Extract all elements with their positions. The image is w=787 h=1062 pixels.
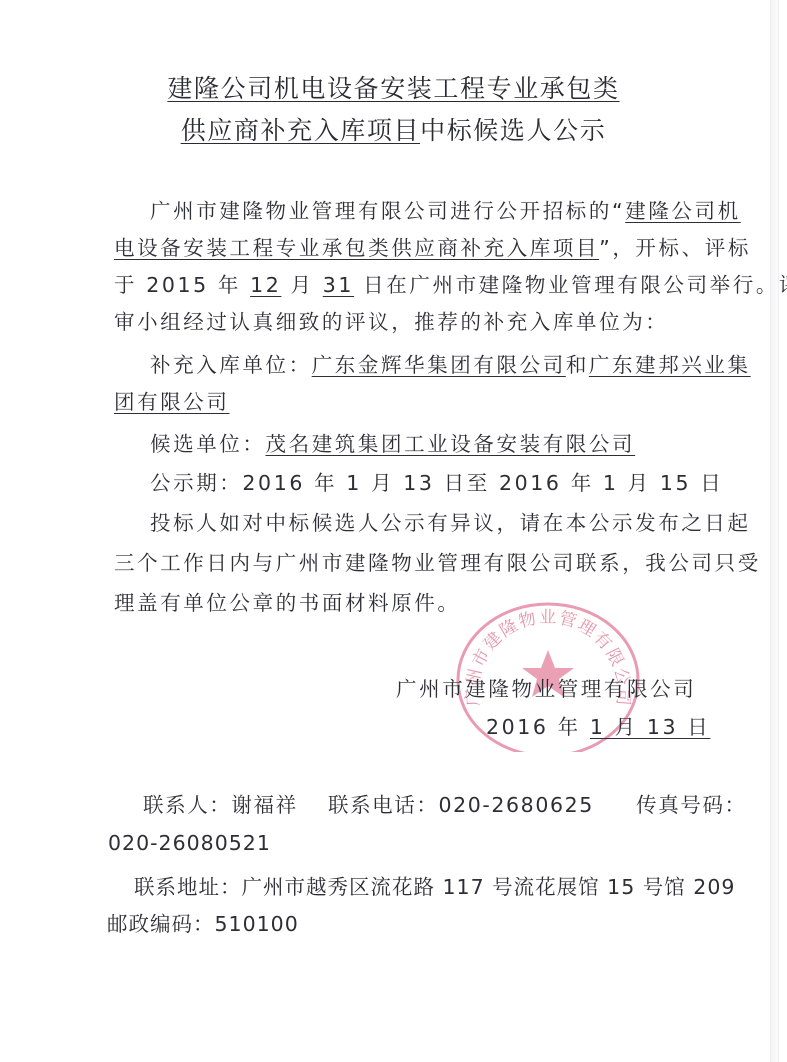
p1-text: 于 2015 年 — [114, 273, 250, 297]
title-text-1: 建隆公司机电设备安装工程专业承包类 — [167, 74, 619, 103]
contact-postcode-line: 邮政编码：510100 — [107, 911, 299, 937]
address-value: 广州市越秀区流花路 117 号流花展馆 15 号馆 209 — [242, 875, 736, 899]
objection-text: 理盖有单位公章的书面材料原件。 — [114, 591, 461, 615]
publicity-period-line: 公示期：2016 年 1 月 13 日至 2016 年 1 月 15 日 — [150, 470, 723, 496]
paragraph-1-line-1: 广州市建隆物业管理有限公司进行公开招标的“建隆公司机 — [150, 198, 741, 224]
contact-line-1: 联系人：谢福祥 联系电话：020-2680625 传真号码： — [143, 792, 747, 818]
opening-month: 12 — [250, 273, 281, 297]
candidate-line: 候选单位：茂名建筑集团工业设备安装有限公司 — [150, 431, 635, 457]
supplement-unit-2: 广东建邦兴业集 — [589, 353, 751, 377]
phone-label: 联系电话： — [328, 793, 439, 817]
fax-number: 020-26080521 — [108, 831, 271, 855]
project-name-part-1: 建隆公司机 — [625, 199, 741, 223]
candidate-label: 候选单位： — [150, 432, 266, 456]
supplement-units-line-2: 团有限公司 — [114, 389, 230, 415]
paragraph-1-line-4: 审小组经过认真细致的评议，推荐的补充入库单位为： — [114, 309, 668, 335]
joiner-text: 和 — [566, 353, 589, 377]
page-edge — [770, 0, 779, 1062]
p1-text: 广州市建隆物业管理有限公司进行公开招标的“ — [150, 199, 625, 223]
objection-text: 投标人如对中标候选人公示有异议，请在本公示发布之日起 — [150, 511, 751, 535]
postcode-value: 510100 — [215, 912, 299, 936]
signature-date-year: 2016 年 — [486, 715, 590, 739]
supplement-units-line-1: 补充入库单位：广东金辉华集团有限公司和广东建邦兴业集 — [150, 352, 751, 378]
objection-line-2: 三个工作日内与广州市建隆物业管理有限公司联系，我公司只受 — [114, 550, 761, 576]
address-label: 联系地址： — [134, 875, 242, 899]
objection-line-3: 理盖有单位公章的书面材料原件。 — [114, 590, 461, 616]
contact-address-line: 联系地址：广州市越秀区流花路 117 号流花展馆 15 号馆 209 — [134, 874, 735, 900]
paragraph-1-line-3: 于 2015 年 12 月 31 日在广州市建隆物业管理有限公司举行。评 — [114, 272, 787, 298]
title-line-2: 供应商补充入库项目中标候选人公示 — [0, 116, 787, 146]
paragraph-1-line-2: 电设备安装工程专业承包类供应商补充入库项目”，开标、评标 — [114, 235, 751, 261]
title-line-1: 建隆公司机电设备安装工程专业承包类 — [0, 74, 787, 104]
signature-date: 2016 年 1 月 13 日 — [486, 714, 710, 740]
p1-text: 审小组经过认真细致的评议，推荐的补充入库单位为： — [114, 310, 668, 334]
publicity-period-value: 2016 年 1 月 13 日至 2016 年 1 月 15 日 — [242, 471, 723, 495]
contact-line-2: 020-26080521 — [108, 830, 271, 856]
title-underlined-part: 供应商补充入库项目 — [181, 116, 420, 145]
project-name-part-2: 电设备安装工程专业承包类供应商补充入库项目 — [114, 236, 599, 260]
fax-label: 传真号码： — [636, 793, 747, 817]
opening-day: 31 — [323, 273, 354, 297]
supplement-units-label: 补充入库单位： — [150, 353, 312, 377]
objection-line-1: 投标人如对中标候选人公示有异议，请在本公示发布之日起 — [150, 510, 751, 536]
contact-person: 谢福祥 — [231, 793, 297, 817]
supplement-unit-1: 广东金辉华集团有限公司 — [312, 353, 566, 377]
postcode-label: 邮政编码： — [107, 912, 215, 936]
signature-company: 广州市建隆物业管理有限公司 — [396, 676, 696, 702]
phone-number: 020-2680625 — [438, 793, 593, 817]
signature-company-text: 广州市建隆物业管理有限公司 — [396, 677, 696, 701]
publicity-period-label: 公示期： — [150, 471, 242, 495]
objection-text: 三个工作日内与广州市建隆物业管理有限公司联系，我公司只受 — [114, 551, 761, 575]
p1-text: ”，开标、评标 — [599, 236, 751, 260]
supplement-unit-2-cont: 团有限公司 — [114, 390, 230, 414]
contact-person-label: 联系人： — [143, 793, 231, 817]
p1-text: 日在广州市建隆物业管理有限公司举行。评 — [354, 273, 787, 297]
p1-text: 月 — [281, 273, 322, 297]
signature-date-monthday: 1 月 13 日 — [590, 715, 710, 739]
candidate-unit: 茂名建筑集团工业设备安装有限公司 — [266, 432, 636, 456]
title-rest-part: 中标候选人公示 — [420, 116, 606, 145]
